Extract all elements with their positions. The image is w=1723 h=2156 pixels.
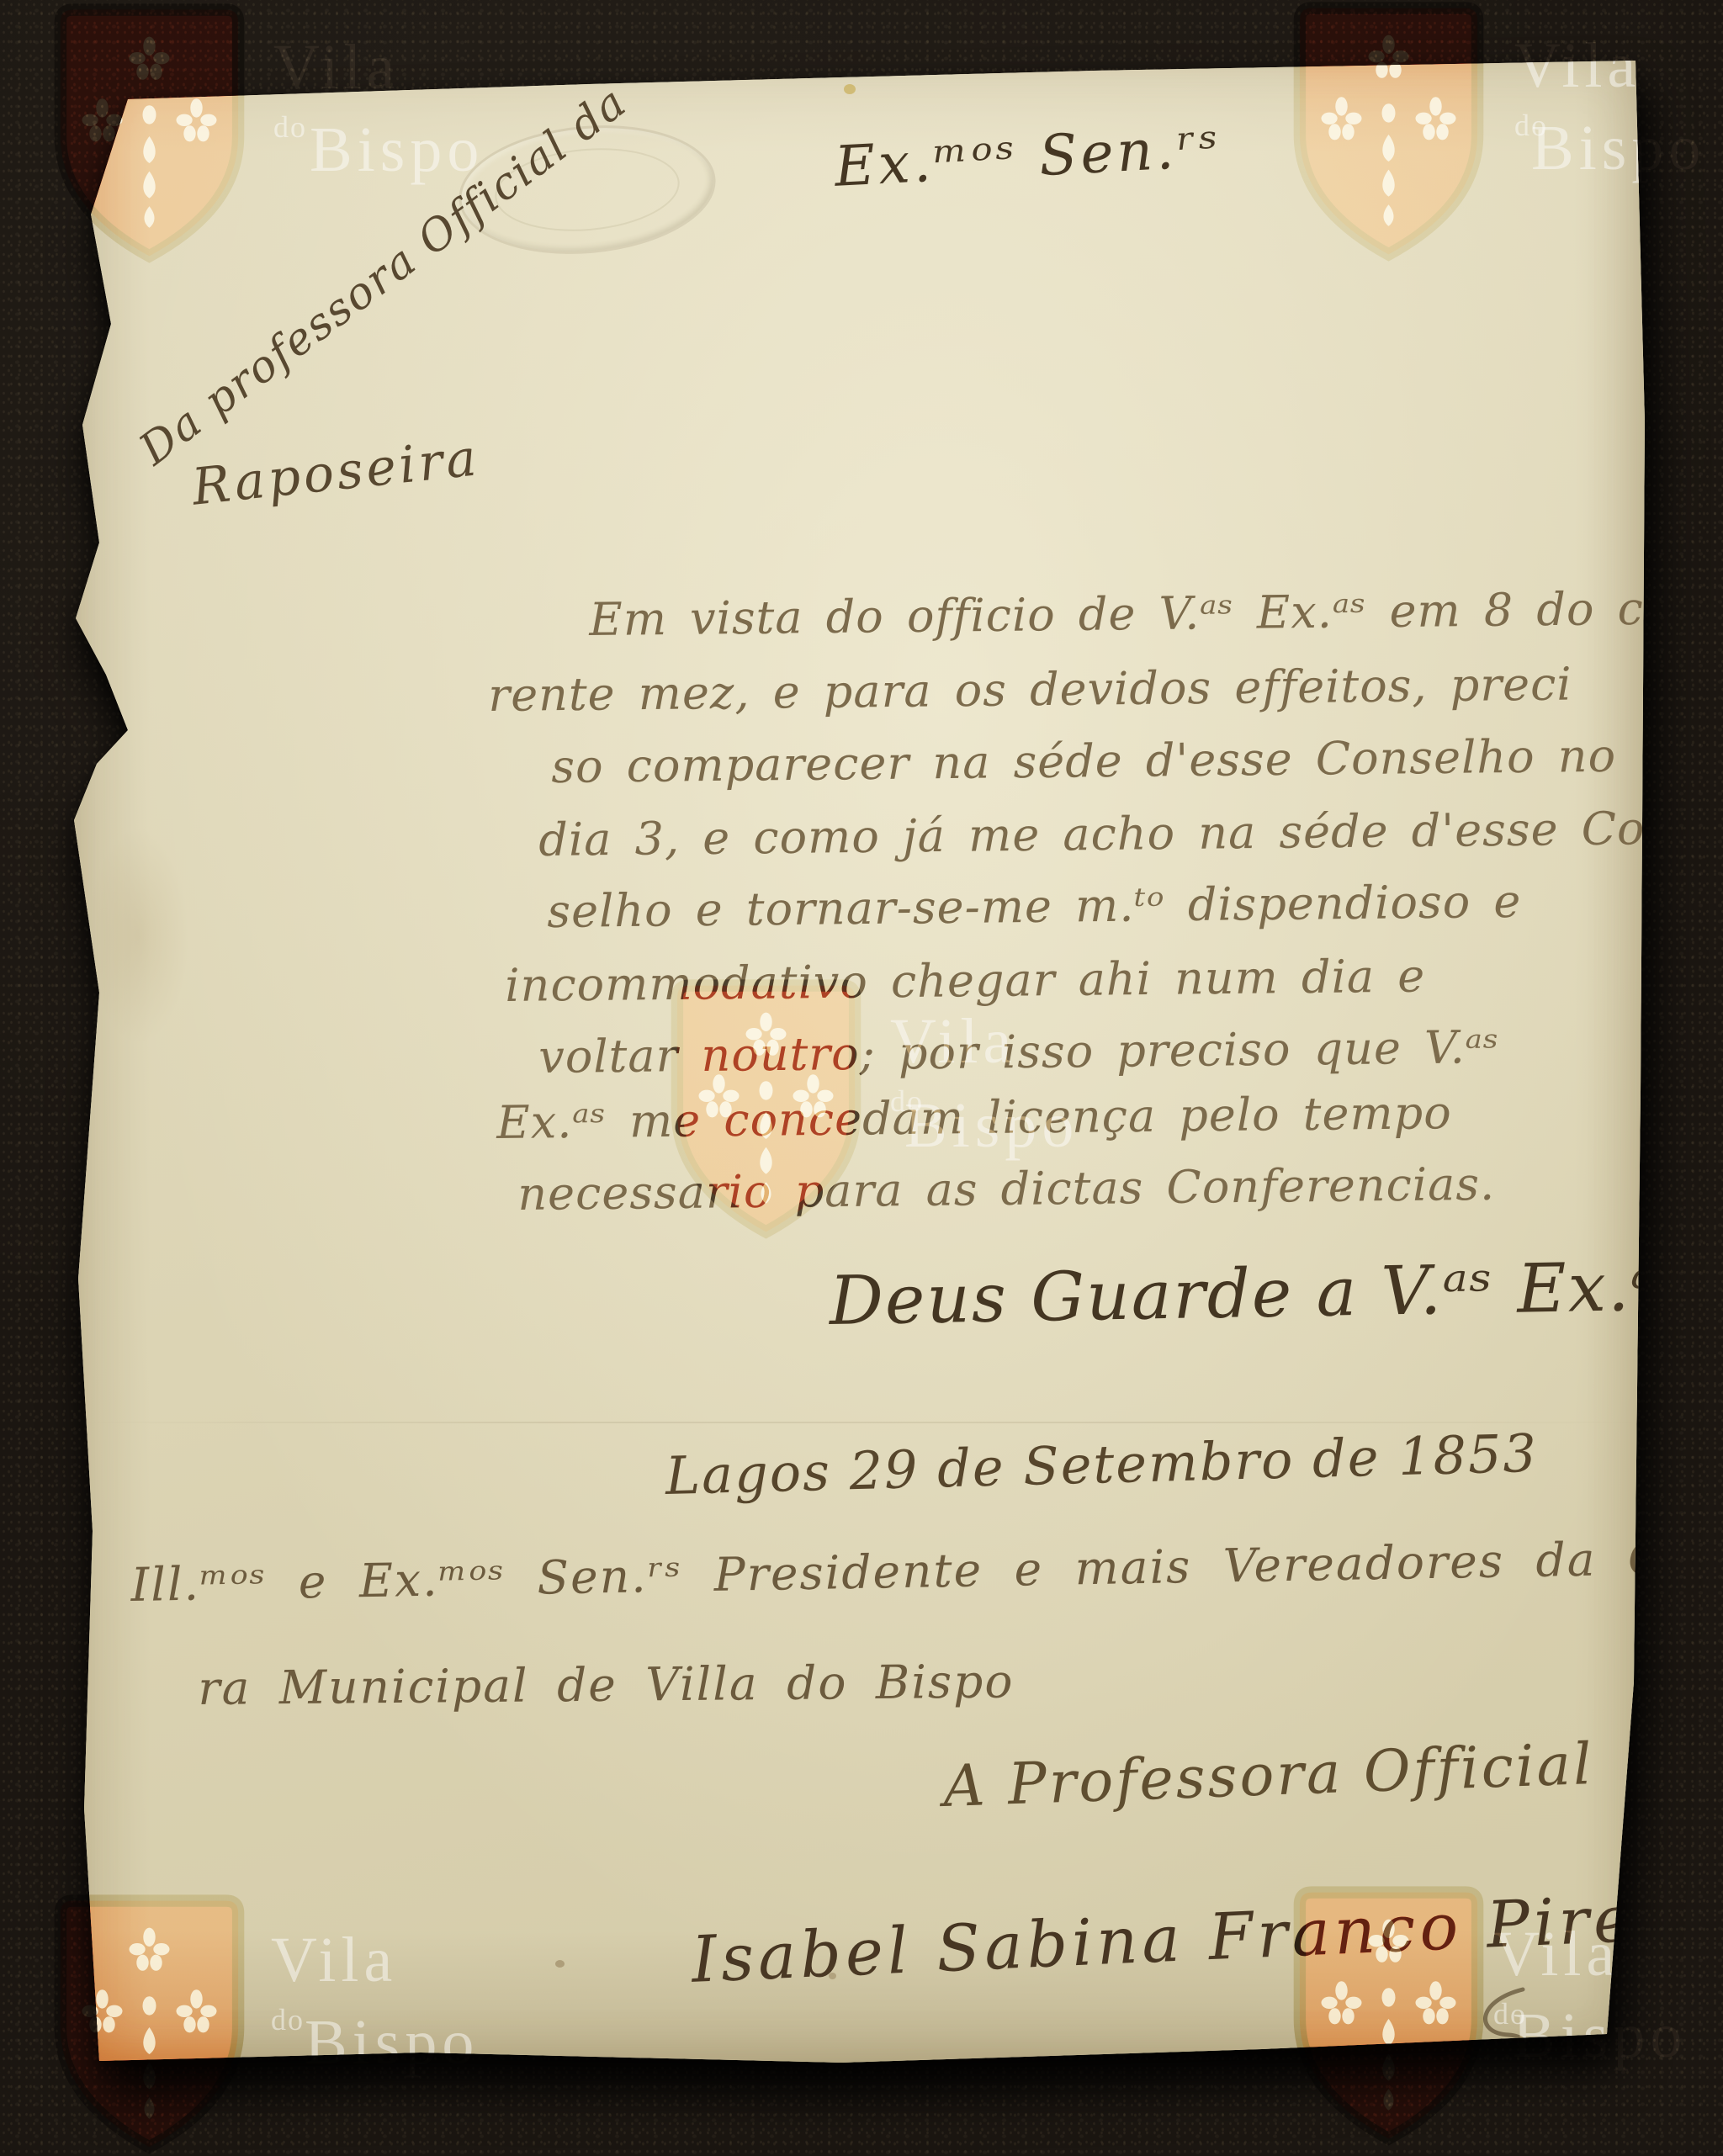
body-line: so comparecer na séde d'esse Conselho no xyxy=(551,729,1616,793)
paper-stain xyxy=(555,1960,565,1968)
address-line-1: Ill.ᵐᵒˢ e Ex.ᵐᵒˢ Sen.ʳˢ Presidente e mai… xyxy=(130,1529,1723,1612)
address-line-2: ra Municipal de Villa do Bispo xyxy=(198,1655,1015,1715)
paper-stain xyxy=(88,826,189,1045)
role-line: A Professora Official xyxy=(942,1731,1595,1820)
signature: Isabel Sabina Franco Pires xyxy=(690,1879,1674,1997)
paper-stain xyxy=(844,84,856,94)
signature-flourish-icon xyxy=(1443,1983,1552,2109)
date-line: Lagos 29 de Setembro de 1853 xyxy=(665,1422,1539,1507)
scanned-letter-canvas: Ex.ᵐᵒˢ Sen.ʳˢ Da professora Official da … xyxy=(0,0,1723,2156)
sender-note-line1: Da professora Official da xyxy=(130,77,636,475)
body-line: selho e tornar-se-me m.ᵗᵒ dispendioso e xyxy=(547,875,1522,938)
body-line: dia 3, e como já me acho na séde d'esse … xyxy=(538,802,1676,866)
letter-heading: Ex.ᵐᵒˢ Sen.ʳˢ xyxy=(833,114,1223,199)
body-line: Em vista do officio de V.ᵃˢ Ex.ᵃˢ em 8 d… xyxy=(589,581,1723,646)
letter-paper-wrap: Ex.ᵐᵒˢ Sen.ʳˢ Da professora Official da … xyxy=(72,52,1653,2071)
letter-paper: Ex.ᵐᵒˢ Sen.ʳˢ Da professora Official da … xyxy=(72,52,1653,2071)
paper-crease xyxy=(72,1422,1653,1423)
body-line: voltar noutro; por isso preciso que V.ᵃˢ xyxy=(538,1020,1500,1083)
body-line: rente mez, e para os devidos effeitos, p… xyxy=(488,658,1572,722)
body-line: incommodativo chegar ahi num dia e xyxy=(505,950,1425,1012)
body-line: necessario para as dictas Conferencias. xyxy=(517,1157,1495,1221)
sender-note-line2: Raposeira xyxy=(189,428,482,516)
body-line: Ex.ᵃˢ me concedam licença pelo tempo xyxy=(496,1086,1452,1149)
valediction: Deus Guarde a V.ᵃˢ Ex.ᵃˢ xyxy=(829,1247,1683,1340)
